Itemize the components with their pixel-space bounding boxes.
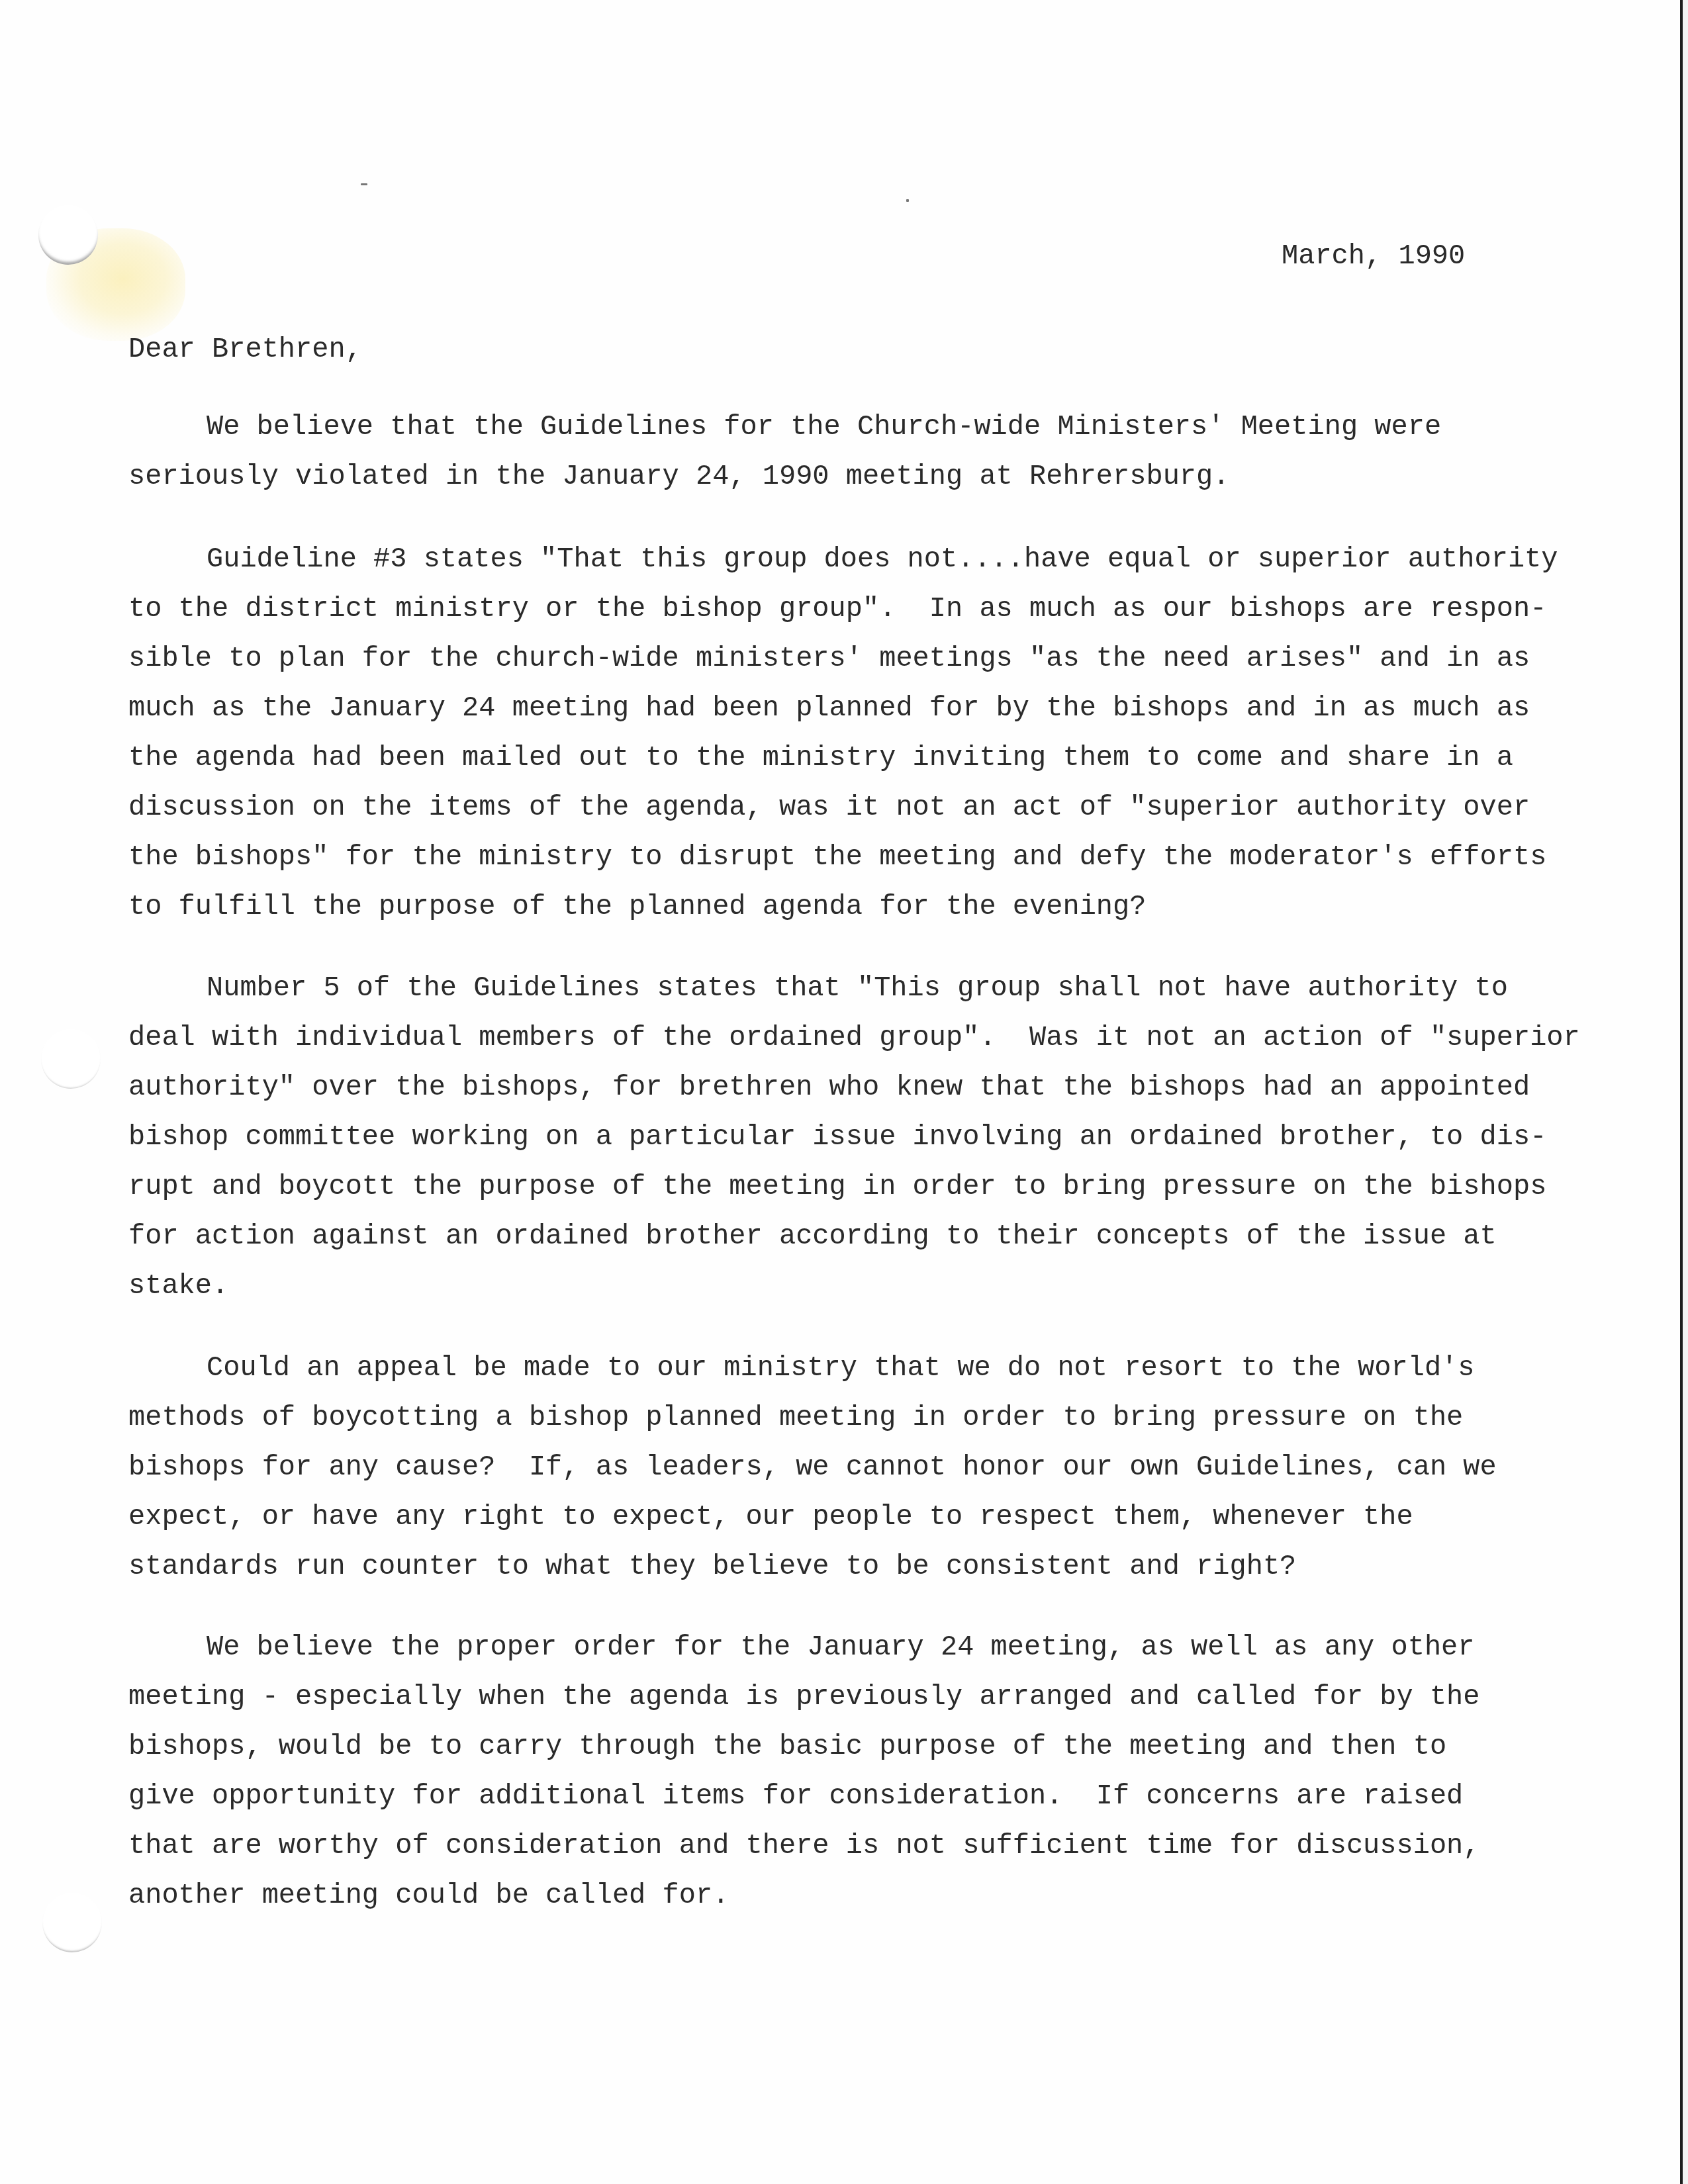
text-line: Number 5 of the Guidelines states that "… <box>128 964 1580 1013</box>
paragraph: Guideline #3 states "That this group doe… <box>128 535 1558 932</box>
text-line: We believe that the Guidelines for the C… <box>128 402 1441 452</box>
text-line: that are worthy of consideration and the… <box>128 1821 1480 1871</box>
text-line: the agenda had been mailed out to the mi… <box>128 733 1558 783</box>
paragraph: We believe that the Guidelines for the C… <box>128 402 1441 502</box>
text-line: bishops for any cause? If, as leaders, w… <box>128 1443 1497 1492</box>
letter-date: March, 1990 <box>1282 240 1465 273</box>
text-line: for action against an ordained brother a… <box>128 1212 1580 1261</box>
text-line: bishop committee working on a particular… <box>128 1113 1580 1162</box>
text-line: to the district ministry or the bishop g… <box>128 584 1558 634</box>
punch-hole-icon <box>41 1029 101 1089</box>
text-line: meeting - especially when the agenda is … <box>128 1672 1480 1722</box>
text-line: another meeting could be called for. <box>128 1871 1480 1921</box>
text-line: the bishops" for the ministry to disrupt… <box>128 833 1558 882</box>
text-line: discussion on the items of the agenda, w… <box>128 783 1558 833</box>
paragraph: Number 5 of the Guidelines states that "… <box>128 964 1580 1311</box>
text-line: standards run counter to what they belie… <box>128 1542 1497 1592</box>
text-line: sible to plan for the church-wide minist… <box>128 634 1558 684</box>
text-line: deal with individual members of the orda… <box>128 1013 1580 1063</box>
text-line: stake. <box>128 1261 1580 1311</box>
text-line: give opportunity for additional items fo… <box>128 1772 1480 1821</box>
text-line: rupt and boycott the purpose of the meet… <box>128 1162 1580 1212</box>
paragraph: We believe the proper order for the Janu… <box>128 1623 1480 1921</box>
punch-hole-icon <box>38 205 98 265</box>
letter-salutation: Dear Brethren, <box>128 333 362 366</box>
text-line: bishops, would be to carry through the b… <box>128 1722 1480 1772</box>
letter-page: March, 1990 Dear Brethren, We believe th… <box>0 0 1688 2184</box>
text-line: authority" over the bishops, for brethre… <box>128 1063 1580 1113</box>
text-line: Guideline #3 states "That this group doe… <box>128 535 1558 584</box>
scan-edge-margin <box>1683 0 1688 2184</box>
text-line: seriously violated in the January 24, 19… <box>128 452 1441 502</box>
paragraph: Could an appeal be made to our ministry … <box>128 1343 1497 1592</box>
text-line: methods of boycotting a bishop planned m… <box>128 1393 1497 1443</box>
text-line: We believe the proper order for the Janu… <box>128 1623 1480 1672</box>
text-line: Could an appeal be made to our ministry … <box>128 1343 1497 1393</box>
text-line: to fulfill the purpose of the planned ag… <box>128 882 1558 932</box>
punch-hole-icon <box>42 1893 102 1952</box>
text-line: expect, or have any right to expect, our… <box>128 1492 1497 1542</box>
text-line: much as the January 24 meeting had been … <box>128 684 1558 733</box>
scan-speck <box>361 183 367 185</box>
scan-speck <box>906 199 909 202</box>
